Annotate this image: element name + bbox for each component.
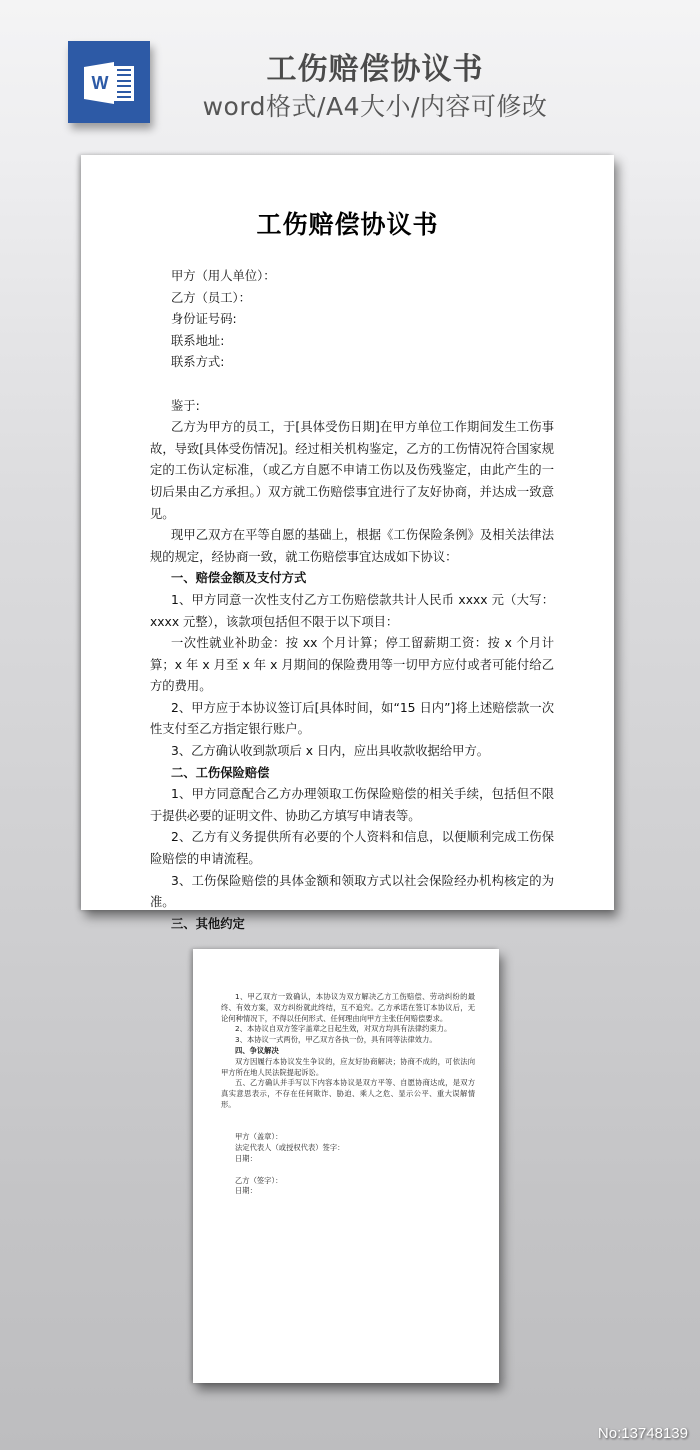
section-heading-3: 三、其他约定 [150,914,554,936]
clause: 3、本协议一式两份，甲乙双方各执一份，具有同等法律效力。 [221,1035,475,1046]
clause: 2、乙方有义务提供所有必要的个人资料和信息，以便顺利完成工伤保险赔偿的申请流程。 [150,827,554,870]
word-doc-lines-icon [114,66,134,101]
clause: 1、甲方同意配合乙方办理领取工伤保险赔偿的相关手续，包括但不限于提供必要的证明文… [150,784,554,827]
header-title: 工伤赔偿协议书 [190,44,560,88]
word-icon-letter: W [92,73,109,94]
signature-party-a-seal: 甲方（盖章）： [221,1132,475,1143]
page-2-body: 1、甲乙双方一致确认，本协议为双方解决乙方工伤赔偿、劳动纠纷的最终、有效方案，双… [221,992,475,1197]
whereas-label: 鉴于: [150,396,554,418]
clause: 2、本协议自双方签字盖章之日起生效，对双方均具有法律约束力。 [221,1024,475,1035]
paragraph: 现甲乙双方在平等自愿的基础上，根据《工伤保险条例》及相关法律法规的规定，经协商一… [150,525,554,568]
clause: 1、甲方同意一次性支付乙方工伤赔偿款共计人民币 xxxx 元（大写：xxxx 元… [150,590,554,633]
field-address: 联系地址: [150,331,554,353]
clause: 一次性就业补助金：按 xx 个月计算；停工留薪期工资：按 x 个月计算；x 年 … [150,633,554,698]
clause: 五、乙方确认并手写以下内容本协议是双方平等、自愿协商达成，是双方真实意思表示，不… [221,1078,475,1110]
field-party-a: 甲方（用人单位）： [150,266,554,288]
page-1-body: 甲方（用人单位）： 乙方（员工）： 身份证号码: 联系地址: 联系方式: 鉴于:… [150,266,554,935]
section-heading-2: 二、工伤保险赔偿 [150,763,554,785]
section-heading-1: 一、赔偿金额及支付方式 [150,568,554,590]
signature-date-b: 日期： [221,1186,475,1197]
clause: 3、乙方确认收到款项后 x 日内，应出具收款收据给甲方。 [150,741,554,763]
clause: 1、甲乙双方一致确认，本协议为双方解决乙方工伤赔偿、劳动纠纷的最终、有效方案，双… [221,992,475,1024]
document-page-1: 工伤赔偿协议书 甲方（用人单位）： 乙方（员工）： 身份证号码: 联系地址: 联… [81,155,614,910]
field-party-b: 乙方（员工）： [150,288,554,310]
clause: 3、工伤保险赔偿的具体金额和领取方式以社会保险经办机构核定的为准。 [150,871,554,914]
word-icon: W [68,41,150,123]
document-page-2: 1、甲乙双方一致确认，本协议为双方解决乙方工伤赔偿、劳动纠纷的最终、有效方案，双… [193,949,499,1383]
signature-legal-rep: 法定代表人（或授权代表）签字： [221,1143,475,1154]
field-id-number: 身份证号码: [150,309,554,331]
paragraph: 乙方为甲方的员工，于[具体受伤日期]在甲方单位工作期间发生工伤事故，导致[具体受… [150,417,554,525]
section-heading-4: 四、争议解决 [221,1046,475,1057]
document-title: 工伤赔偿协议书 [81,205,614,241]
signature-party-b: 乙方（签字）： [221,1176,475,1187]
field-contact: 联系方式: [150,352,554,374]
word-doc-front-icon: W [84,62,114,104]
signature-date-a: 日期： [221,1154,475,1165]
header-subtitle: word格式/A4大小/内容可修改 [190,87,560,123]
serial-number: No:13748139 [598,1425,688,1442]
clause: 2、甲方应于本协议签订后[具体时间，如“15 日内”]将上述赔偿款一次性支付至乙… [150,698,554,741]
clause: 双方因履行本协议发生争议的，应友好协商解决；协商不成的，可依法向甲方所在地人民法… [221,1057,475,1079]
